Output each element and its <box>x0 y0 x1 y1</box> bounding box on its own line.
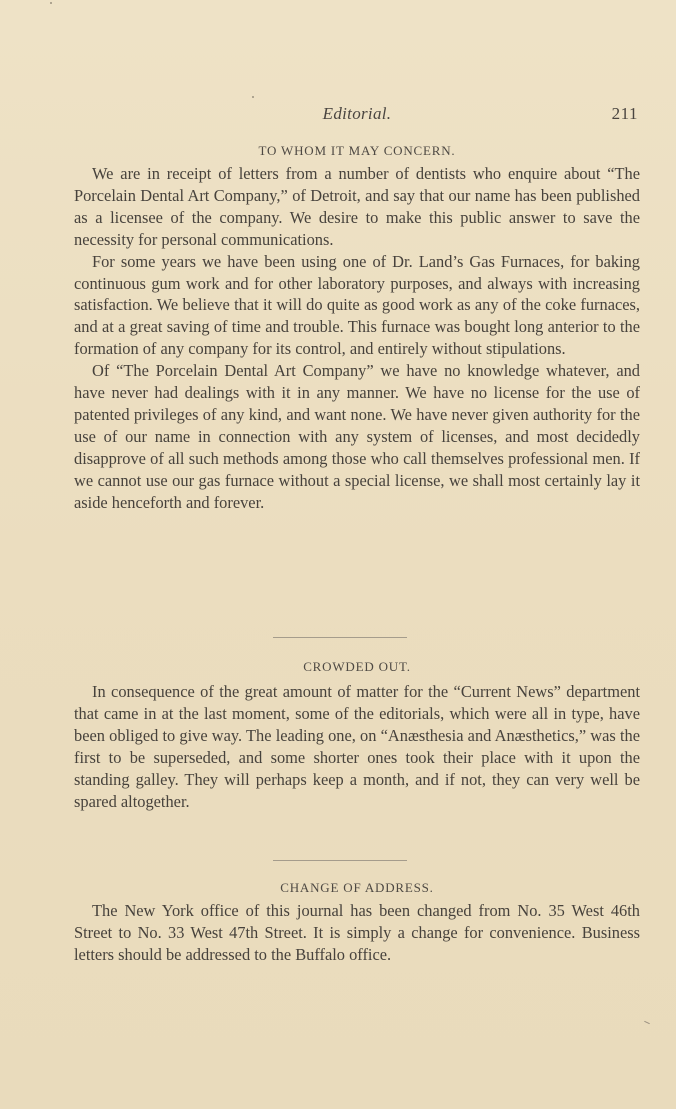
paper-speck <box>644 1021 650 1024</box>
running-header: Editorial. 211 <box>74 104 640 128</box>
section-change-of-address: CHANGE OF ADDRESS. The New York office o… <box>74 880 640 966</box>
paper-speck <box>50 2 52 4</box>
paragraph: Of “The Porcelain Dental Art Company” we… <box>74 360 640 513</box>
paragraph: In consequence of the great amount of ma… <box>74 681 640 812</box>
section-heading: TO WHOM IT MAY CONCERN. <box>74 143 640 159</box>
scanned-page: Editorial. 211 TO WHOM IT MAY CONCERN. W… <box>0 0 676 1109</box>
paragraph: We are in receipt of letters from a numb… <box>74 163 640 251</box>
section-heading: CHANGE OF ADDRESS. <box>74 880 640 896</box>
section-heading: CROWDED OUT. <box>74 659 640 675</box>
section-divider <box>273 860 407 861</box>
section-to-whom-it-may-concern: TO WHOM IT MAY CONCERN. We are in receip… <box>74 143 640 514</box>
section-crowded-out: CROWDED OUT. In consequence of the great… <box>74 659 640 812</box>
paper-speck <box>252 96 254 98</box>
page-number: 211 <box>612 104 638 124</box>
paragraph: The New York office of this journal has … <box>74 900 640 966</box>
running-title: Editorial. <box>74 104 640 124</box>
paragraph: For some years we have been using one of… <box>74 251 640 361</box>
section-divider <box>273 637 407 638</box>
